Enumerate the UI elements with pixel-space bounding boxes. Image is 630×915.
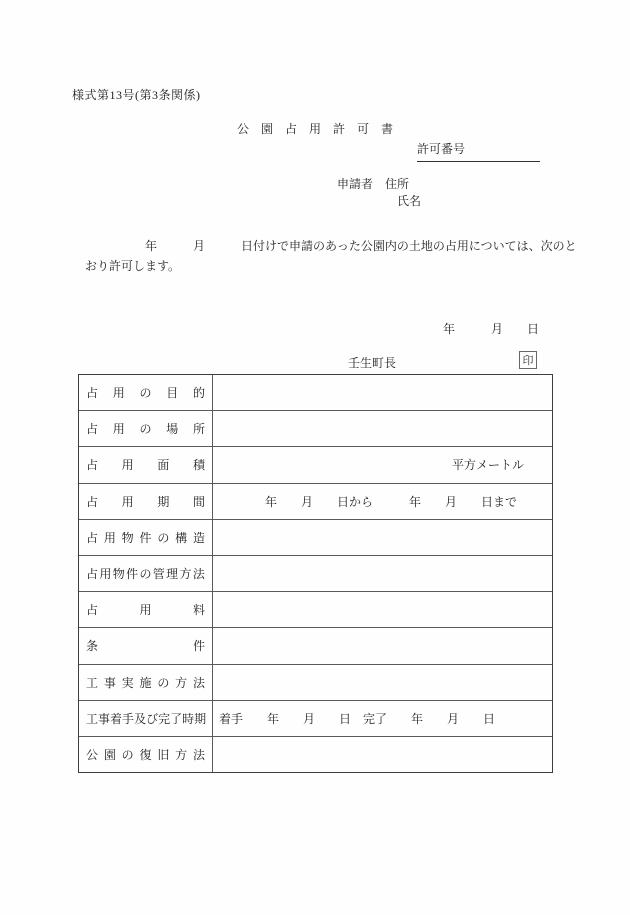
row-label: 占用物件の構造 [79,520,213,555]
document-title: 公 園 占 用 許 可 書 [0,120,630,137]
row-label: 公園の復旧方法 [79,737,213,772]
row-value [213,665,552,700]
table-row: 占用物件の管理方法 [79,555,552,591]
table-row: 占用物件の構造 [79,519,552,555]
row-value [213,375,552,410]
table-row: 占用期間年 月 日から 年 月 日まで [79,483,552,519]
row-value [213,592,552,627]
row-label: 占用の場所 [79,411,213,446]
applicant-block: 申請者 住所 氏名 [337,176,421,210]
seal-mark-box: 印 [519,351,537,369]
row-value [213,628,552,663]
row-value: 着手 年 月 日 完了 年 月 日 [213,701,552,736]
table-row: 占用料 [79,591,552,627]
row-label: 工事実施の方法 [79,665,213,700]
row-label: 占用料 [79,592,213,627]
permit-document-page: 様式第13号(第3条関係) 公 園 占 用 許 可 書 許可番号 申請者 住所 … [0,0,630,915]
permit-table: 占用の目的占用の場所占用面積平方メートル占用期間年 月 日から 年 月 日まで占… [78,374,553,773]
table-row: 占用の目的 [79,375,552,410]
form-number: 様式第13号(第3条関係) [72,86,201,103]
issue-date-line: 年 月 日 [443,320,539,337]
row-label: 占用の目的 [79,375,213,410]
row-label: 占用面積 [79,447,213,482]
row-value [213,737,552,772]
permit-number-label: 許可番号 [417,142,465,156]
row-label: 占用物件の管理方法 [79,556,213,591]
row-value [213,556,552,591]
row-value: 年 月 日から 年 月 日まで [213,484,552,519]
mayor-name: 壬生町長 [348,354,396,371]
table-row: 公園の復旧方法 [79,736,552,772]
seal-mark-icon: 印 [523,352,534,368]
row-label: 占用期間 [79,484,213,519]
table-row: 工事着手及び完了時期着手 年 月 日 完了 年 月 日 [79,700,552,736]
row-label: 条件 [79,628,213,663]
table-row: 条件 [79,627,552,663]
table-row: 占用の場所 [79,410,552,446]
body-paragraph: 年 月 日付けで申請のあった公園内の土地の占用については、次のと おり許可します… [85,236,585,276]
row-value: 平方メートル [213,447,552,482]
row-label: 工事着手及び完了時期 [79,701,213,736]
table-row: 工事実施の方法 [79,664,552,700]
row-value [213,411,552,446]
row-value [213,520,552,555]
permit-number-line: 許可番号 [417,140,540,162]
table-row: 占用面積平方メートル [79,446,552,482]
